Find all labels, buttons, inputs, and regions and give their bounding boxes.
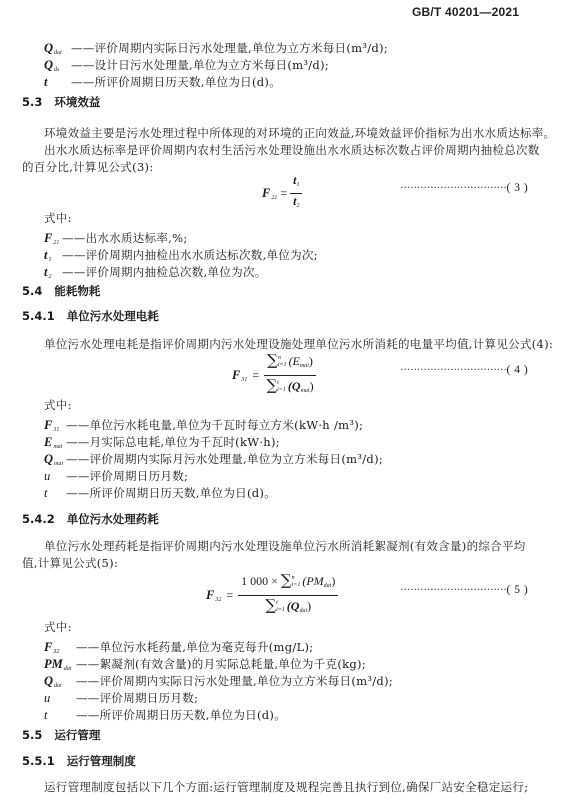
symbol: t: [44, 486, 47, 501]
paragraph: 的百分比,计算见公式(3):: [22, 159, 154, 175]
paragraph: 出水水质达标率是评价周期内农村生活污水处理设施出水水质达标次数占评价周期内抽检总…: [44, 142, 540, 158]
symbol: t: [44, 708, 47, 723]
formula-5: F32 = 1 000 × ∑ni=1(PMdai) ∑ti=1(Qdai): [206, 572, 338, 619]
fraction: t1 t2: [290, 174, 302, 213]
section-heading-5-5: 5.5运行管理: [22, 727, 100, 743]
paragraph: 单位污水处理药耗是指评价周期内污水处理设施单位污水所消耗絮凝剂(有效含量)的综合…: [44, 538, 526, 554]
definition-text: ——所评价周期日历天数,单位为日(d)。: [66, 485, 276, 501]
where-label: 式中:: [44, 210, 72, 226]
section-heading-5-5-1: 5.5.1运行管理制度: [22, 753, 136, 769]
definition-text: ——评价周期内抽检总次数,单位为次。: [62, 264, 267, 280]
formula-3: F21 = t1 t2: [262, 174, 302, 213]
section-heading-5-3: 5.3环境效益: [22, 94, 100, 110]
fraction: 1 000 × ∑ni=1(PMdai) ∑ti=1(Qdai): [238, 572, 338, 619]
formula-4: F31 = ∑ni=1(Emai) ∑ti=1(Qmai): [232, 352, 316, 399]
symbol: t: [44, 75, 48, 90]
standard-code: GB/T 40201—2021: [412, 5, 519, 19]
variable-definition: t ——所评价周期日历天数,单位为日(d)。: [44, 71, 281, 90]
section-heading-5-4: 5.4能耗物耗: [22, 283, 100, 299]
definition-text: ——所评价周期日历天数,单位为日(d)。: [71, 74, 281, 90]
where-label: 式中:: [44, 397, 72, 413]
equation-number-5: ································( 5 ): [400, 584, 528, 596]
paragraph: 值,计算见公式(5):: [22, 555, 118, 571]
section-heading-5-4-2: 5.4.2单位污水处理药耗: [22, 511, 159, 527]
variable-definition: t ——所评价周期日历天数,单位为日(d)。: [44, 482, 276, 501]
fraction: ∑ni=1(Emai) ∑ti=1(Qmai): [264, 352, 316, 399]
paragraph: 环境效益主要是污水处理过程中所体现的对环境的正向效益,环境效益评价指标为出水水质…: [44, 125, 555, 141]
section-heading-5-4-1: 5.4.1单位污水处理电耗: [22, 308, 159, 324]
variable-definition: t ——所评价周期日历天数,单位为日(d)。: [44, 704, 286, 723]
equation-number-4: ································( 4 ): [400, 364, 528, 376]
paragraph: 单位污水处理电耗是指评价周期内污水处理设施处理单位污水所消耗的电量平均值,计算见…: [44, 336, 553, 352]
symbol: t2: [44, 265, 51, 280]
paragraph: 运行管理制度包括以下几个方面:运行管理制度及规程完善且执行到位,确保厂站安全稳定…: [44, 779, 528, 795]
variable-definition: t2 ——评价周期内抽检总次数,单位为次。: [44, 261, 267, 280]
definition-text: ——所评价周期日历天数,单位为日(d)。: [76, 707, 286, 723]
equation-number-3: ································( 3 ): [400, 182, 528, 194]
where-label: 式中:: [44, 619, 72, 635]
